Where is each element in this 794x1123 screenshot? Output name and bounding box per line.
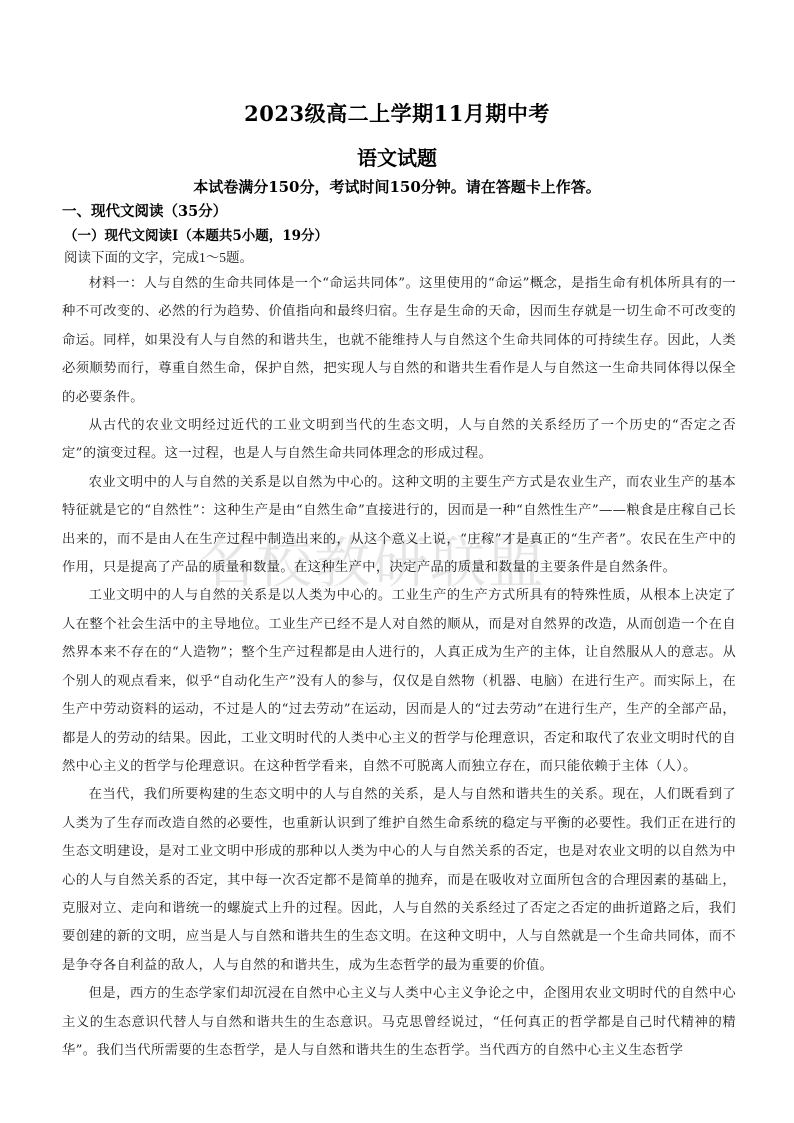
paragraph: 但是，西方的生态学家们却沉浸在自然中心主义与人类中心主义争论之中，企图用农业文明… bbox=[62, 980, 736, 1065]
paragraph: 工业文明中的人与自然的关系是以人类为中心的。工业生产的生产方式所具有的特殊性质，… bbox=[62, 582, 736, 781]
subject-title: 语文试题 bbox=[0, 142, 794, 171]
exam-note: 本试卷满分150分，考试时间150分钟。请在答题卡上作答。 bbox=[0, 176, 794, 197]
section-heading: 一、现代文阅读（35分） bbox=[62, 200, 227, 221]
exam-title: 2023级高二上学期11月期中考 bbox=[0, 98, 794, 128]
paragraph: 在当代，我们所要构建的生态文明中的人与自然的关系，是人与自然和谐共生的关系。现在… bbox=[62, 781, 736, 980]
reading-passage: 材料一：人与自然的生命共同体是一个“命运共同体”。这里使用的“命运”概念，是指生… bbox=[62, 270, 736, 1065]
reading-instruction: 阅读下面的文字，完成1～5题。 bbox=[64, 246, 253, 266]
paragraph-material-one: 材料一：人与自然的生命共同体是一个“命运共同体”。这里使用的“命运”概念，是指生… bbox=[62, 270, 736, 412]
paragraph: 从古代的农业文明经过近代的工业文明到当代的生态文明，人与自然的关系经历了一个历史… bbox=[62, 412, 736, 469]
paragraph: 农业文明中的人与自然的关系是以自然为中心的。这种文明的主要生产方式是农业生产，而… bbox=[62, 469, 736, 583]
section-subheading: （一）现代文阅读Ⅰ（本题共5小题，19分） bbox=[64, 224, 328, 244]
